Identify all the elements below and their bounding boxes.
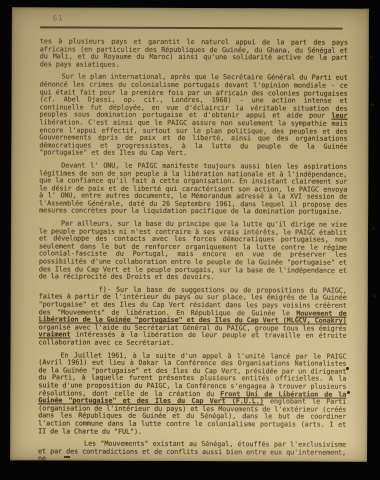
paragraph: En Juillet 1961, à la suite d'un appel à… — [38, 352, 346, 437]
paragraph-text: libération. C'est ainsi que le PAIGC ass… — [39, 118, 347, 157]
paragraph-text: tes à plusieurs pays et garantit le natu… — [40, 37, 348, 68]
ink-speck — [373, 295, 376, 298]
paper-sheet: 61 tes à plusieurs pays et garantit le n… — [10, 7, 369, 462]
paragraph-text: intéressés à la libération de leur peupl… — [39, 331, 347, 347]
paragraph-text: Devant l' ONU, le PAIGC manifeste toujou… — [39, 161, 347, 216]
paragraph: Sur le plan international, après que le … — [39, 74, 347, 159]
paragraph-text: Sur le plan international, après que le … — [40, 73, 348, 120]
paragraph-text: Par ailleurs, sur la base du principe qu… — [39, 220, 347, 282]
ink-mark — [64, 456, 70, 458]
ink-speck — [372, 227, 375, 230]
paragraph: Devant l' ONU, le PAIGC manifeste toujou… — [39, 162, 347, 216]
paragraph: Par ailleurs, sur la base du principe qu… — [39, 220, 347, 282]
paragraph: f)- Sur la base de suggestions ou de pro… — [39, 286, 347, 348]
document-body: tes à plusieurs pays et garantit le natu… — [38, 38, 348, 469]
paragraph-text: Les "Mouvements" existant au Sénégal, ét… — [38, 440, 346, 463]
ink-speck — [347, 391, 350, 394]
scanned-document-page: { "page": { "number": "61", "paper_color… — [0, 0, 380, 480]
paragraph: tes à plusieurs pays et garantit le natu… — [40, 38, 348, 70]
ink-speck — [370, 56, 373, 59]
paragraph: Les "Mouvements" existant au Sénégal, ét… — [38, 440, 346, 464]
page-number: 61 — [53, 14, 63, 22]
ink-speck — [371, 103, 374, 106]
header-rule — [40, 26, 343, 29]
ink-speck — [346, 367, 349, 370]
